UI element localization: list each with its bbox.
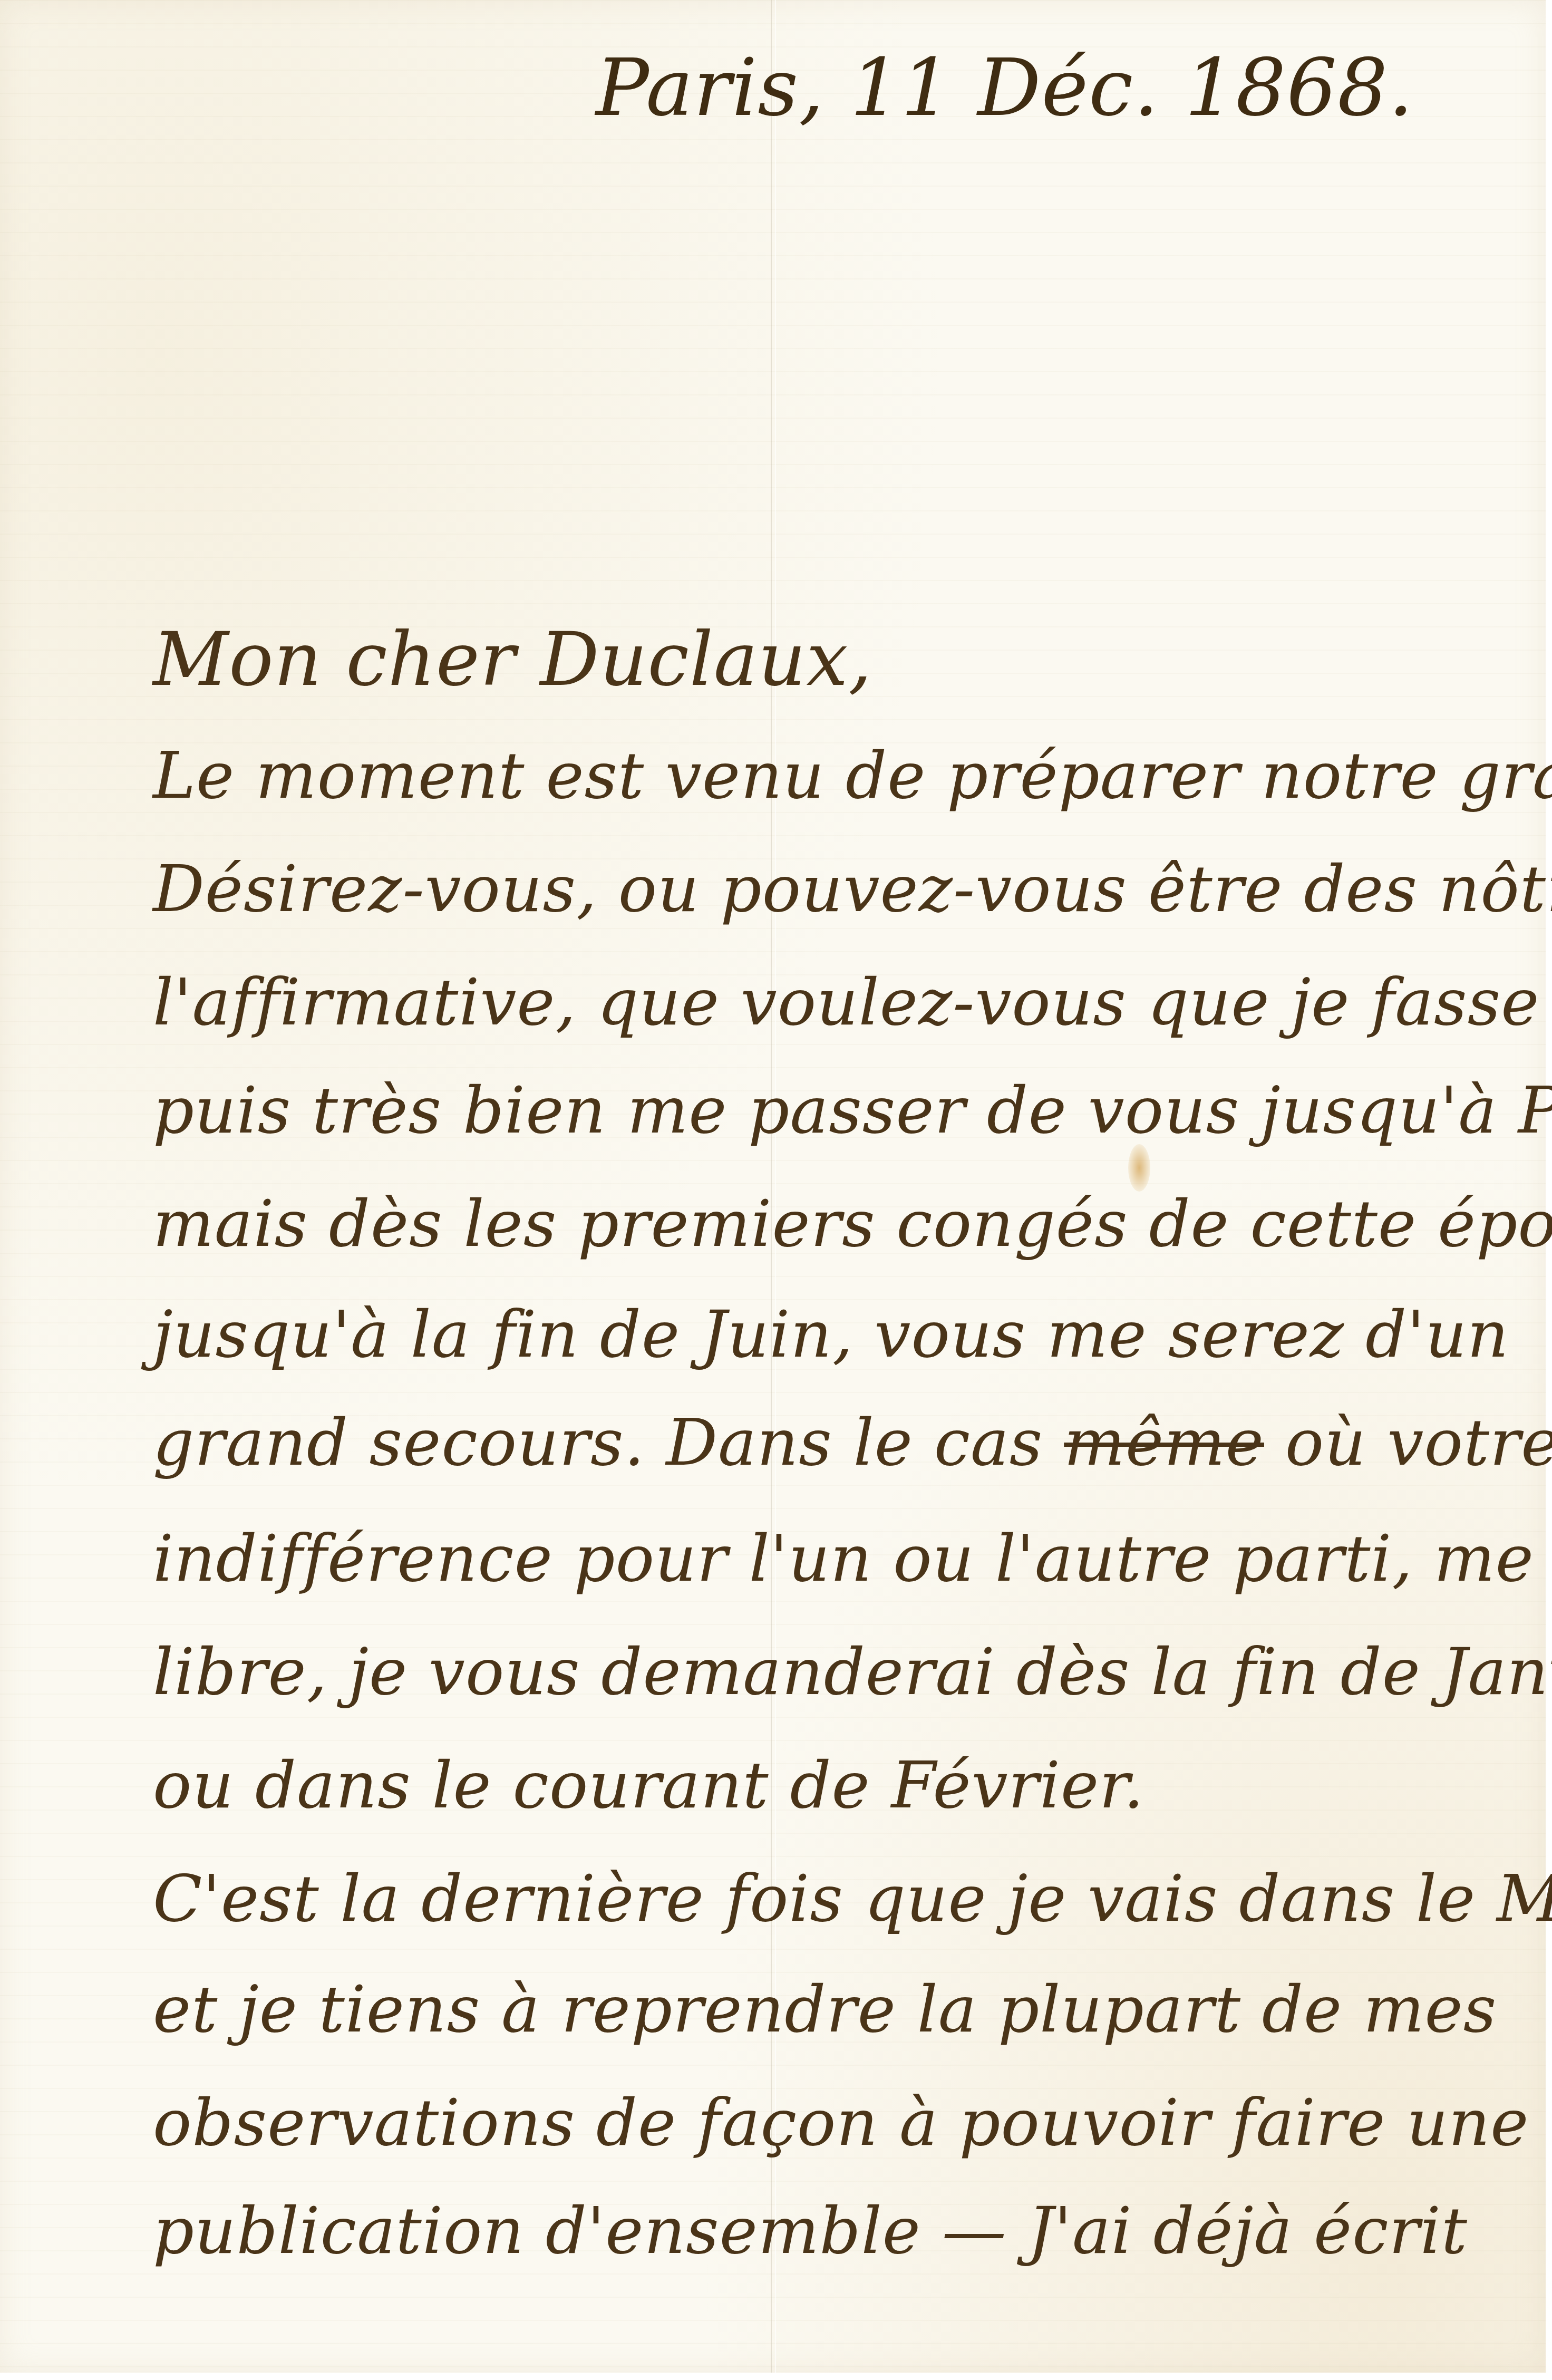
letter-line-5: mais dès les premiers congés de cette ép… [153,1186,1552,1261]
salutation: Mon cher Duclaux, [153,617,872,703]
dateline: Paris, 11 Déc. 1868. [596,42,1414,134]
letter-line-7: grand secours. Dans le cas même où votre [153,1405,1552,1480]
struck-word: même [1064,1405,1264,1480]
letter-line-1: Le moment est venu de préparer notre gra… [153,738,1552,813]
ink-stain [1128,1144,1150,1192]
letter-line-2: Désirez-vous, ou pouvez-vous être des nô… [153,852,1552,926]
letter-line-10: ou dans le courant de Février. [153,1748,1144,1823]
letter-line-3: l'affirmative, que voulez-vous que je fa… [153,965,1552,1040]
letter-line-9: libre, je vous demanderai dès la fin de … [153,1634,1552,1709]
letter-line-13: observations de façon à pouvoir faire un… [153,2085,1529,2160]
letter-line-8: indifférence pour l'un ou l'autre parti,… [153,1521,1552,1596]
letter-page: Paris, 11 Déc. 1868. Mon cher Duclaux, L… [0,0,1546,2373]
line-text: où votre [1264,1405,1552,1480]
letter-line-4: puis très bien me passer de vous jusqu'à… [153,1073,1552,1148]
letter-line-12: et je tiens à reprendre la plupart de me… [153,1972,1497,2047]
letter-line-14: publication d'ensemble — J'ai déjà écrit [153,2193,1468,2268]
letter-line-6: jusqu'à la fin de Juin, vous me serez d'… [153,1297,1509,1372]
line-text: indifférence pour l'un ou l'autre parti,… [153,1521,1552,1596]
letter-line-11: C'est la dernière fois que je vais dans … [153,1861,1552,1936]
line-text: grand secours. Dans le cas [153,1405,1064,1480]
